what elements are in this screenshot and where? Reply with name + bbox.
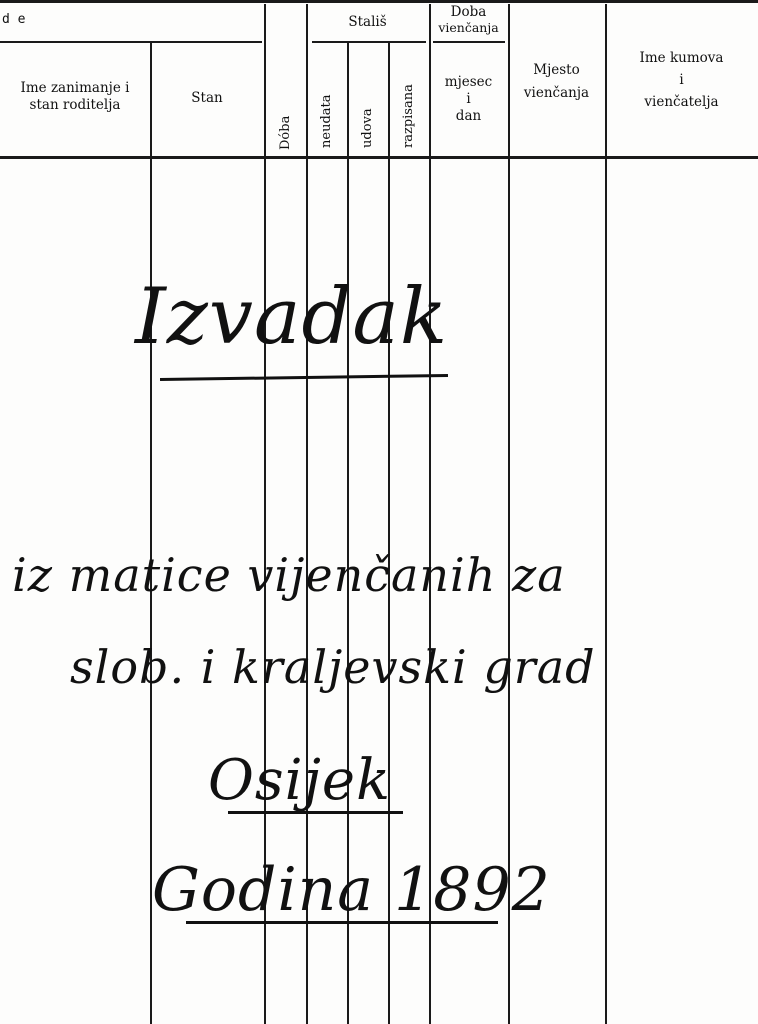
handwritten-title: Izvadak — [135, 272, 448, 362]
header-mjesec: mjesec — [429, 74, 508, 91]
header-fragment-de: d e — [2, 12, 25, 27]
column-line-8 — [605, 4, 607, 1024]
top-border — [0, 0, 758, 3]
header-subrule-doba-vjencanja — [433, 41, 505, 43]
header-mjesto-vjencanja: Mjesto vienčanja — [508, 52, 605, 112]
header-stan: Stan — [150, 90, 264, 107]
handwritten-city: Osijek — [208, 748, 391, 813]
header-subrule-stalis — [312, 41, 426, 43]
header-doba-vjencanja: Doba vienčanja — [429, 5, 508, 35]
header-ime-zanimanje: Ime zanimanje i stan roditelja — [0, 80, 150, 114]
header-doba: Dóba — [278, 116, 293, 150]
header-ime-zanimanje-line2: stan roditelja — [0, 97, 150, 114]
header-razpisana: razpisana — [401, 84, 416, 148]
header-ime-zanimanje-line1: Ime zanimanje i — [0, 80, 150, 97]
city-underline — [228, 811, 403, 814]
header-neudata: neudata — [319, 95, 334, 149]
header-ime-kumova: Ime kumova i vienčatelja — [605, 44, 758, 116]
handwritten-line1: iz matice vijenčanih za — [12, 548, 566, 602]
register-page: d e Ime zanimanje i stan roditelja Stan … — [0, 0, 758, 1024]
header-doba-vjencanja-line1: Doba — [429, 5, 508, 20]
header-subrule-left — [0, 41, 262, 43]
header-stalis: Stališ — [306, 14, 429, 31]
header-vjencanja: vienčanja — [508, 75, 605, 112]
header-i: i — [429, 91, 508, 108]
handwritten-line2: slob. i kraljevski grad — [70, 640, 596, 694]
header-doba-vjencanja-line2: vienčanja — [429, 20, 508, 35]
header-mjesec-dan: mjesec i dan — [429, 74, 508, 125]
year-underline — [186, 921, 498, 924]
title-underline — [160, 374, 448, 381]
header-kumova-line3: vienčatelja — [605, 88, 758, 116]
header-bottom-rule — [0, 156, 758, 159]
handwritten-year-line: Godina 1892 — [152, 855, 551, 925]
header-dan: dan — [429, 108, 508, 125]
header-udova: udova — [360, 108, 375, 148]
